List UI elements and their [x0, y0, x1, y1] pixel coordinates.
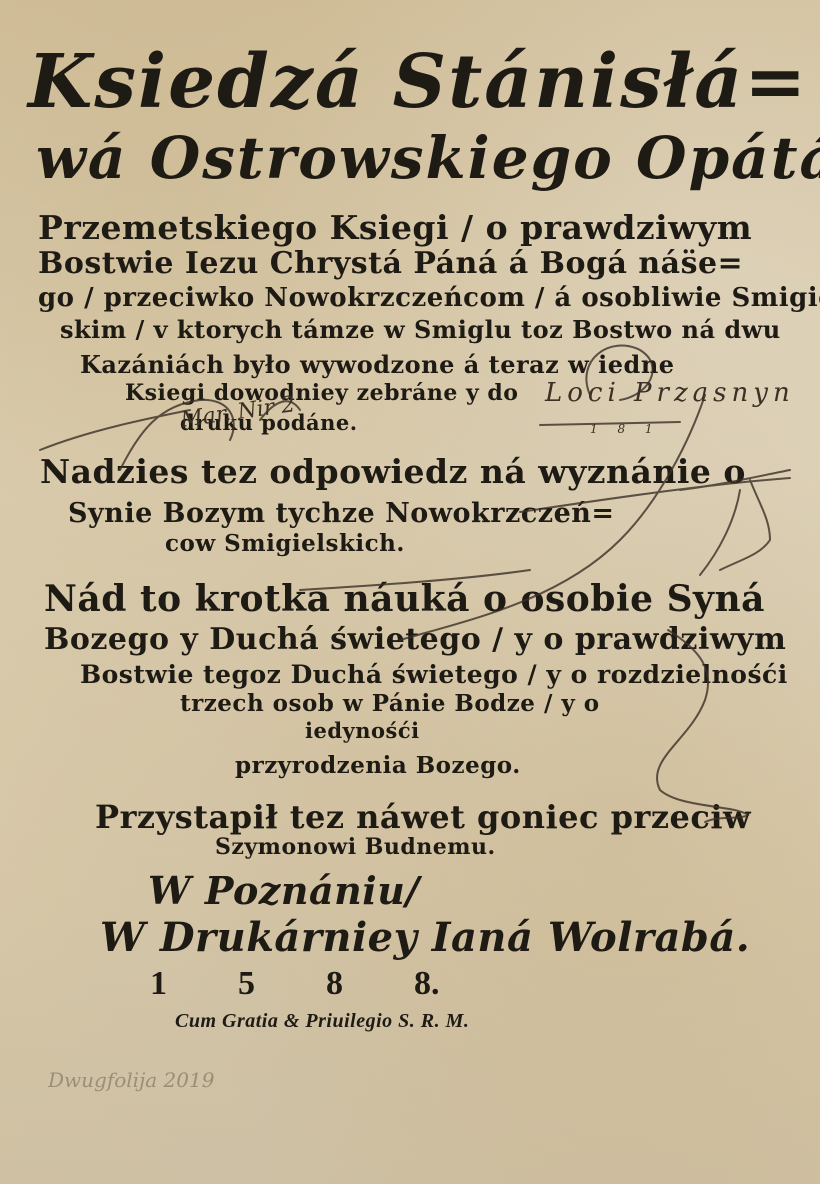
section4-line-1: Przystapił tez náwet goniec przeciw [95, 798, 751, 836]
imprint-printer: W Drukárniey Ianá Wolrabá. [100, 914, 750, 961]
section3-line-4: trzech osob w Pánie Bodze / y o [180, 690, 600, 717]
title-line-5: go / przeciwko Nowokrzczeńcom / á osobli… [38, 283, 820, 313]
title-line-3: Przemetskiego Ksiegi / o prawdziwym [38, 208, 752, 247]
title-line-4: Bostwie Iezu Chrystá Páná á Bogá nás̈e= [38, 246, 743, 281]
imprint-place: W Poznániu/ [148, 868, 420, 913]
handwritten-annotation-year: 1 8 1 [590, 422, 661, 436]
section4-line-2: Szymonowi Budnemu. [215, 834, 496, 860]
year-digit-3: 8 [326, 965, 414, 1003]
title-page: Ksiedzá Stánisłá= wá Ostrowskiego Opátá … [0, 0, 820, 1184]
title-line-8: Ksiegi dowodniey zebráne y do [125, 380, 518, 406]
title-line-6: skim / v ktorych támze w Smiglu toz Bost… [60, 315, 781, 344]
title-line-1: Ksiedzá Stánisłá= [28, 42, 808, 122]
library-stamp: Dwugfolija 2019 [48, 1068, 214, 1092]
section2-line-2: Synie Bozym tychze Nowokrzczeń= [68, 498, 615, 529]
handwritten-annotation-right: Loci Przasnyn [545, 378, 795, 408]
section2-line-1: Nadzies tez odpowiedz ná wyznánie o [40, 452, 746, 491]
section3-line-6: przyrodzenia Bozego. [235, 752, 521, 779]
section2-line-3: cow Smigielskich. [165, 530, 405, 557]
imprint-privilege: Cum Gratia & Priuilegio S. R. M. [175, 1010, 469, 1033]
year-digit-4: 8. [414, 965, 502, 1003]
year-digit-2: 5 [238, 965, 326, 1003]
imprint-year: 1588. [150, 965, 502, 1003]
title-line-7: Kazániách było wywodzone á teraz w iedne [80, 350, 675, 379]
section3-line-2: Bozego y Duchá świetego / y o prawdziwym [44, 622, 786, 657]
title-line-2: wá Ostrowskiego Opátá [36, 125, 820, 191]
section3-line-5: iedynośći [305, 718, 420, 743]
year-digit-1: 1 [150, 965, 238, 1003]
section3-line-3: Bostwie tegoz Duchá świetego / y o rozdz… [80, 660, 788, 689]
section3-line-1: Nád to krotka náuká o osobie Syná [44, 578, 765, 620]
